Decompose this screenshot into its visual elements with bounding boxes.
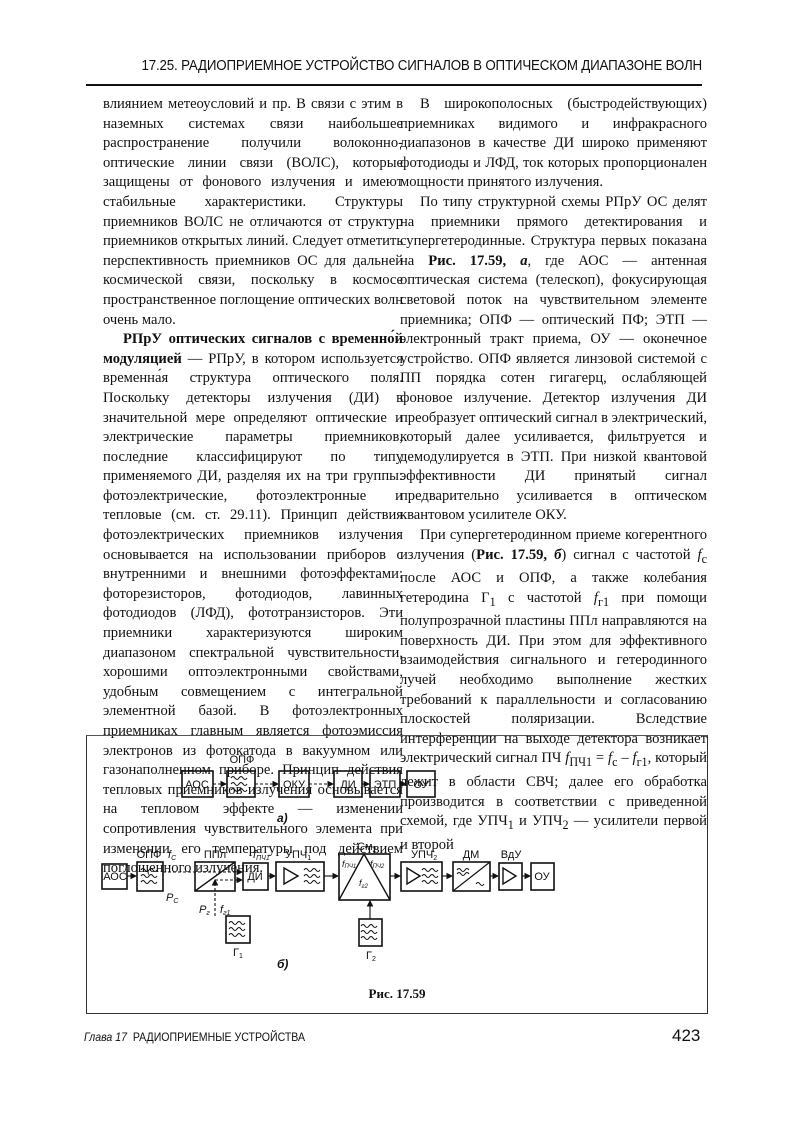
diagram-a: ОПФ bbox=[182, 754, 435, 797]
svg-text:ППл: ППл bbox=[204, 849, 226, 861]
block-diagram: ОПФ АОС ОКУ ДИ ЭТП ОУ а) bbox=[87, 736, 707, 1013]
svg-text:fПЧ1: fПЧ1 bbox=[342, 859, 356, 870]
block-opf bbox=[137, 862, 163, 891]
figure-reference[interactable]: Рис. 17.59, а bbox=[428, 253, 527, 269]
svg-text:АОС: АОС bbox=[185, 779, 209, 791]
svg-text:ОПФ: ОПФ bbox=[230, 754, 255, 766]
svg-text:ЭТП: ЭТП bbox=[374, 779, 397, 791]
svg-text:УПЧ2: УПЧ2 bbox=[411, 849, 437, 862]
svg-text:ДМ: ДМ bbox=[463, 849, 480, 861]
svg-text:АОС: АОС bbox=[103, 871, 127, 883]
figure-reference[interactable]: Рис. 17.59, б bbox=[476, 547, 561, 563]
svg-text:PС: PС bbox=[166, 892, 179, 905]
paragraph: По типу структурной схемы РПрУ ОС делят … bbox=[400, 193, 707, 526]
diagram-b-label: б) bbox=[277, 957, 288, 971]
block-g2 bbox=[359, 919, 382, 946]
figure-17-59: ОПФ АОС ОКУ ДИ ЭТП ОУ а) bbox=[86, 735, 708, 1014]
svg-text:fПЧ2: fПЧ2 bbox=[370, 859, 385, 870]
svg-text:ВдУ: ВдУ bbox=[501, 849, 523, 861]
diagram-a-label: а) bbox=[277, 811, 288, 825]
svg-text:См2: См2 bbox=[357, 841, 377, 854]
figure-caption: Рис. 17.59 bbox=[369, 986, 426, 1001]
svg-text:fг2: fг2 bbox=[359, 878, 368, 890]
svg-text:УПЧ1: УПЧ1 bbox=[285, 849, 311, 862]
svg-text:Г2: Г2 bbox=[366, 950, 376, 963]
svg-text:ДИ: ДИ bbox=[340, 779, 355, 791]
paragraph: влиянием метеоусловий и пр. В связи с эт… bbox=[103, 95, 403, 330]
running-header: 17.25. РАДИОПРИЕМНОЕ УСТРОЙСТВО СИГНАЛОВ… bbox=[135, 58, 702, 74]
block-g1 bbox=[226, 916, 250, 943]
svg-text:fг1: fг1 bbox=[220, 904, 231, 917]
footer-chapter: Глава 17 РАДИОПРИЕМНЫЕ УСТРОЙСТВА bbox=[84, 1030, 305, 1044]
svg-text:fПЧ1: fПЧ1 bbox=[253, 849, 270, 862]
svg-text:ОПФ: ОПФ bbox=[137, 849, 162, 861]
paragraph: В широкополосных (быстродействующих) при… bbox=[400, 95, 707, 193]
svg-text:Pг: Pг bbox=[199, 904, 210, 917]
header-rule bbox=[86, 84, 702, 86]
svg-text:ОКУ: ОКУ bbox=[283, 779, 306, 791]
svg-text:ОУ: ОУ bbox=[534, 871, 550, 883]
svg-text:Г1: Г1 bbox=[233, 947, 243, 960]
block-sm2 bbox=[339, 854, 390, 900]
svg-text:fС: fС bbox=[168, 849, 177, 862]
page-number: 423 bbox=[672, 1026, 700, 1046]
svg-text:ДИ: ДИ bbox=[247, 871, 262, 883]
svg-text:ОУ: ОУ bbox=[413, 779, 429, 791]
